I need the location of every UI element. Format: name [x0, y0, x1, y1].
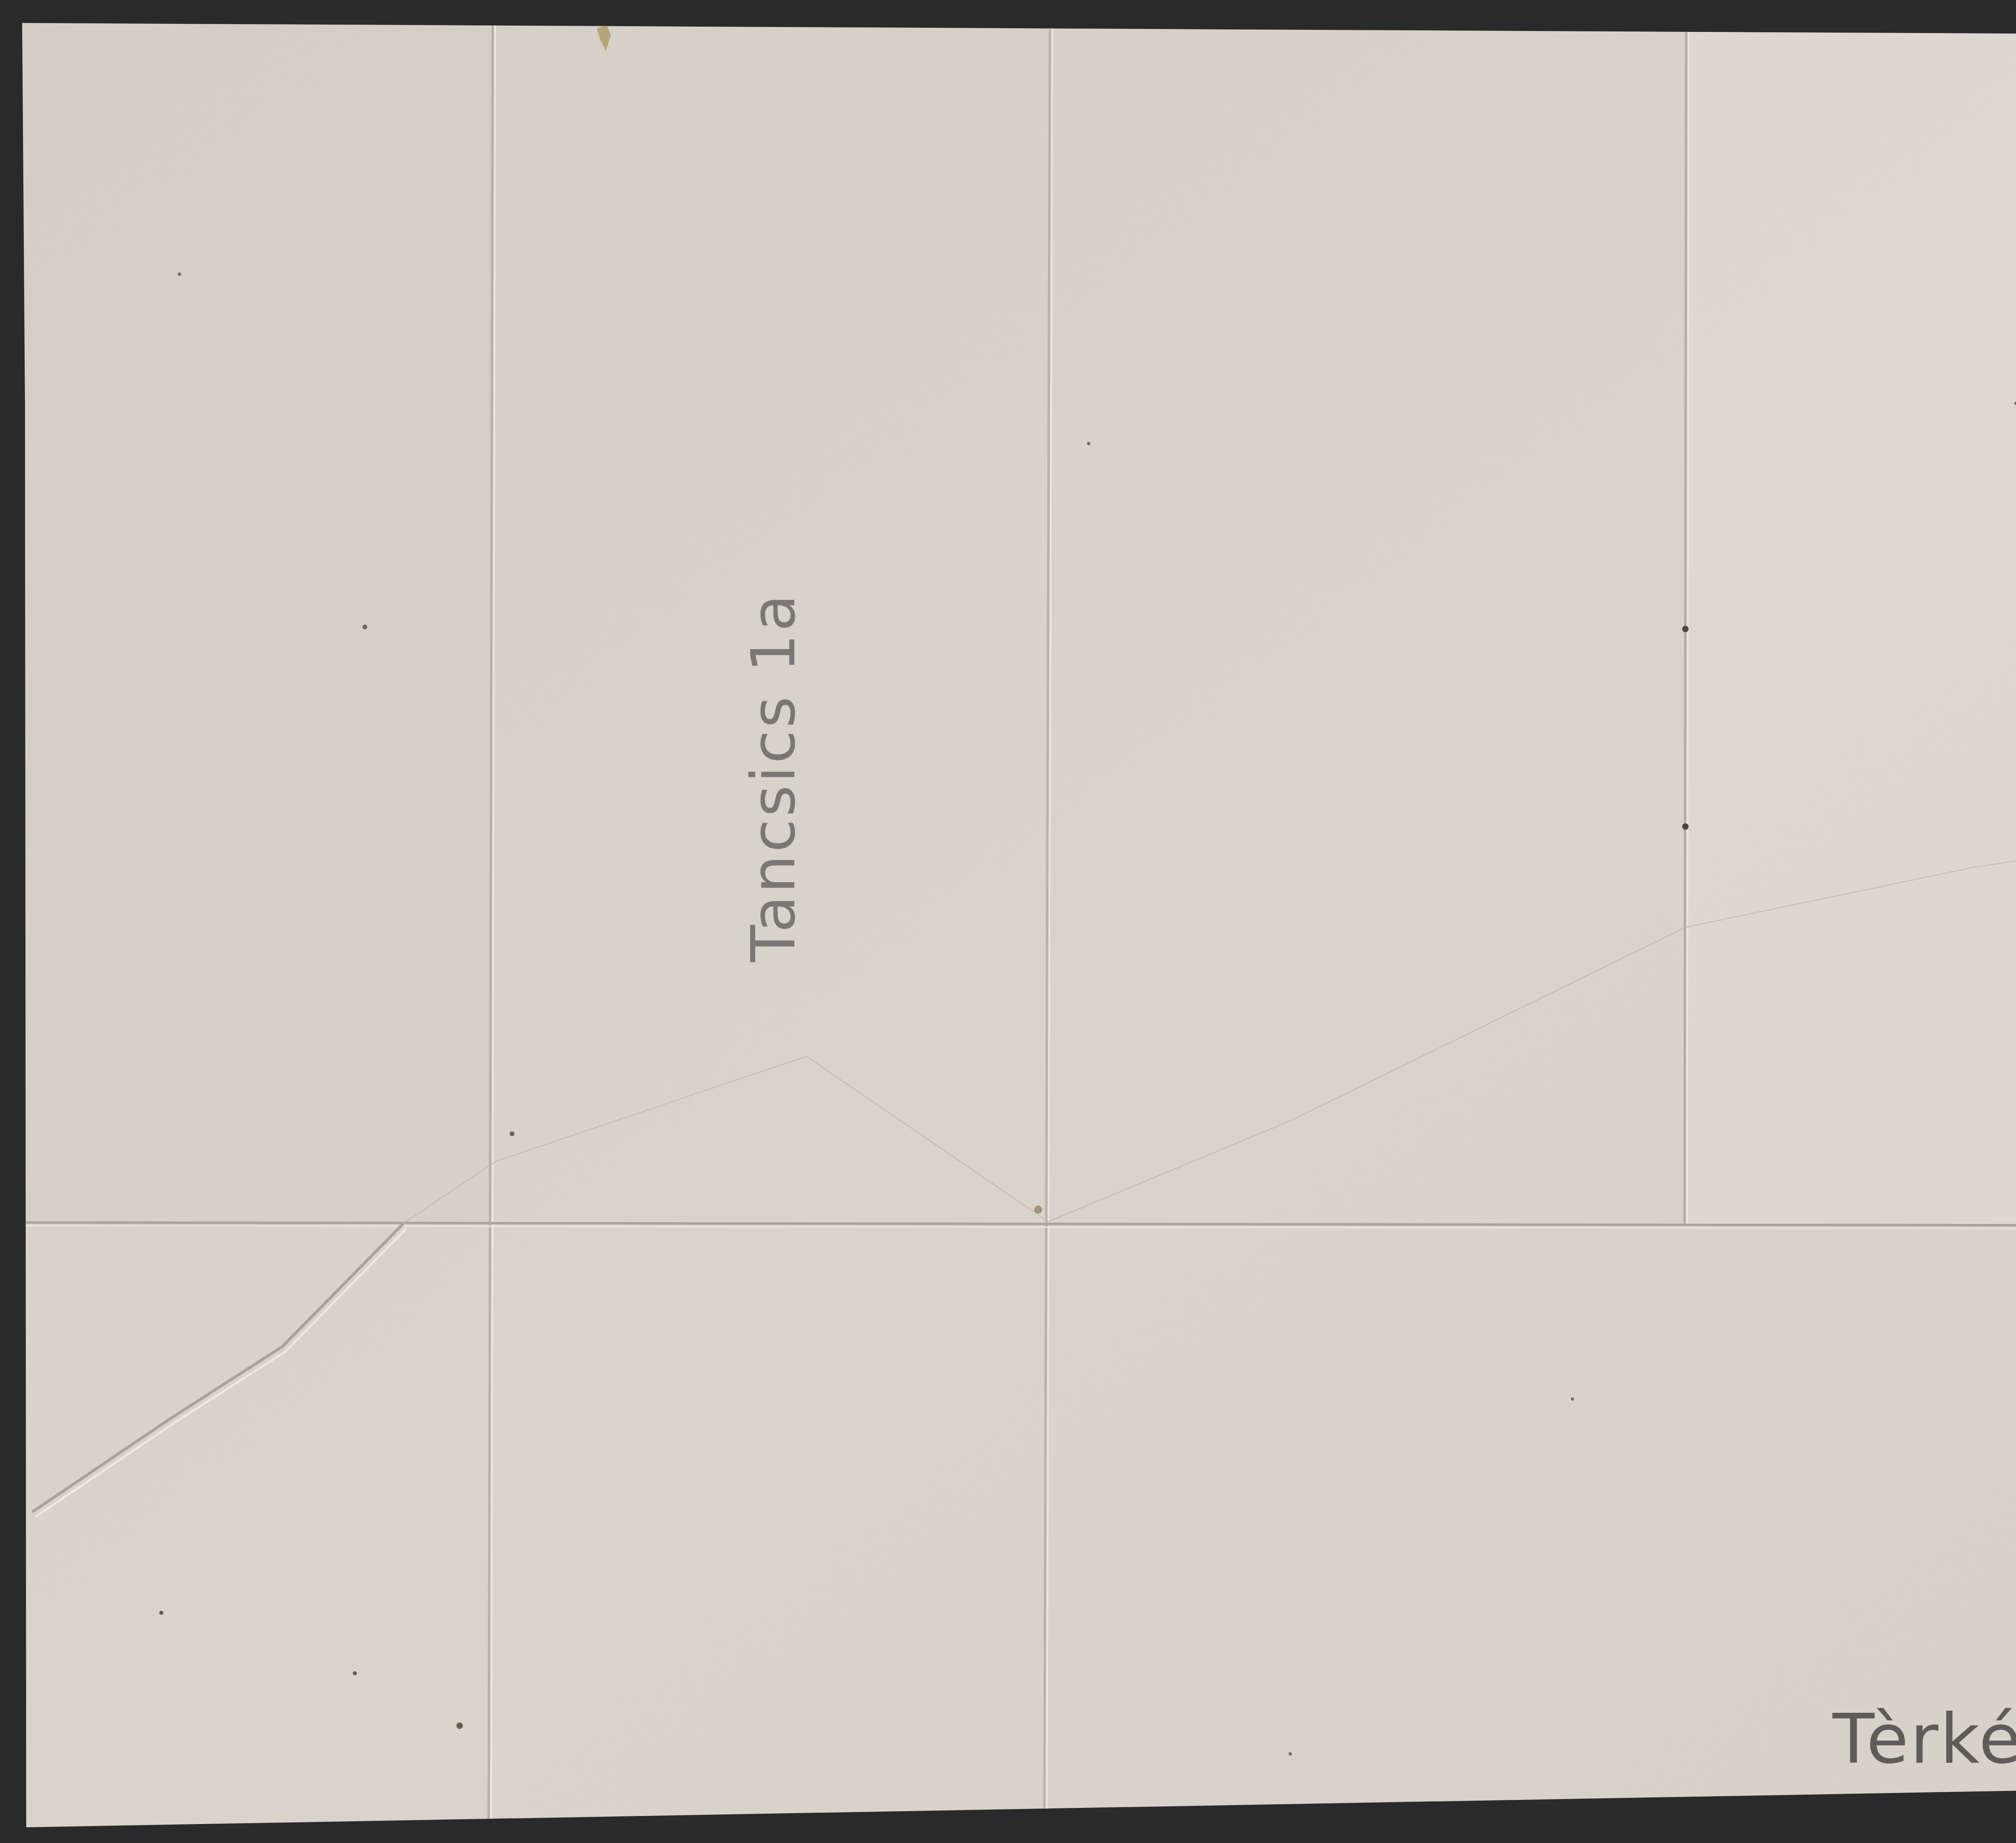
archival-scan: 1842 POZSONY GRA/CUI TANCSICS 1a Tancsic…: [0, 0, 2016, 1843]
paper-sheet: [0, 0, 2016, 1843]
fold-line-vertical-3: [1685, 24, 1686, 1224]
pencil-note-terkep: Tèrkép 253: [1833, 1699, 2016, 1779]
pencil-note-tancsics: Tancsics 1a: [739, 592, 809, 962]
stain-spot: [623, 12, 623, 12]
